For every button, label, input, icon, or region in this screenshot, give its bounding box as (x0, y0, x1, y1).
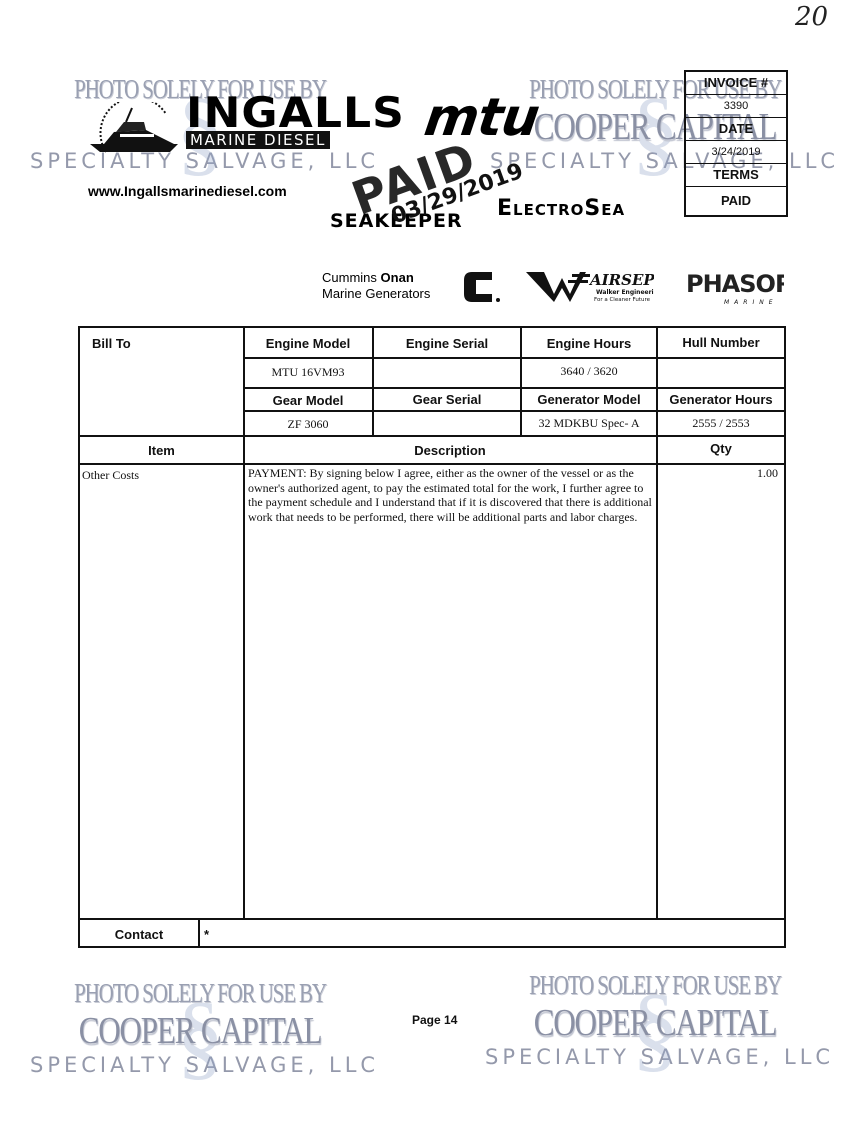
invoice-date: 3/24/2019 (686, 141, 786, 164)
description-column-header: Description (244, 436, 656, 464)
invoice-number-label: INVOICE # (686, 72, 786, 95)
generator-model-label: Generator Model (522, 388, 656, 410)
watermark-bottom-left: § PHOTO SOLELY FOR USE BY COOPER CAPITAL… (30, 978, 370, 1077)
line-item-name: Other Costs (82, 468, 240, 483)
invoice-table: Bill To Engine Model Engine Serial Engin… (78, 326, 786, 948)
cummins-onan-logo: Cummins Onan Marine Generators (322, 270, 430, 302)
engine-hours-label: Engine Hours (522, 328, 656, 358)
handwritten-page-number: 20 (795, 2, 828, 32)
watermark-bottom-right: § PHOTO SOLELY FOR USE BY COOPER CAPITAL… (485, 970, 825, 1069)
gear-model-label: Gear Model (244, 388, 372, 412)
bill-to-value (80, 358, 243, 435)
invoice-info-box: INVOICE # 3390 DATE 3/24/2019 TERMS PAID (684, 70, 788, 217)
gear-model-value: ZF 3060 (244, 412, 372, 436)
hull-number-value (658, 358, 784, 387)
airsep-logo-icon: AIRSEP Walker Engineering For a Cleaner … (524, 268, 654, 304)
invoice-number: 3390 (686, 95, 786, 118)
electrosea-logo: ElectroSea (497, 196, 625, 221)
item-column-header: Item (80, 436, 243, 464)
svg-text:For a Cleaner Future: For a Cleaner Future (594, 297, 651, 303)
gear-serial-label: Gear Serial (374, 388, 520, 410)
svg-text:MARINE: MARINE (724, 299, 778, 306)
contact-label: Contact (80, 920, 198, 948)
svg-text:PHASOR: PHASOR (686, 270, 784, 298)
boat-logo-icon (86, 102, 186, 160)
company-subtitle: MARINE DIESEL (186, 131, 330, 149)
engine-hours-value: 3640 / 3620 (522, 358, 656, 385)
terms-value: PAID (686, 187, 786, 215)
company-name: INGALLS (186, 92, 405, 134)
contact-value: * (204, 920, 604, 948)
engine-serial-label: Engine Serial (374, 328, 520, 358)
bill-to-label: Bill To (92, 328, 242, 358)
page-number: Page 14 (412, 1013, 457, 1027)
engine-serial-value (374, 358, 520, 387)
cummins-c-logo-icon (462, 270, 506, 304)
gear-serial-value (374, 412, 520, 436)
phasor-marine-logo-icon: PHASOR MARINE (684, 270, 784, 306)
generator-hours-label: Generator Hours (658, 388, 784, 410)
engine-model-label: Engine Model (244, 328, 372, 358)
line-item-description: PAYMENT: By signing below I agree, eithe… (248, 466, 653, 524)
company-website: www.Ingallsmarinediesel.com (88, 183, 287, 199)
svg-text:AIRSEP: AIRSEP (588, 271, 654, 289)
date-label: DATE (686, 118, 786, 141)
qty-column-header: Qty (658, 436, 784, 461)
line-item-qty: 1.00 (658, 466, 778, 481)
engine-model-value: MTU 16VM93 (244, 358, 372, 387)
generator-model-value: 32 MDKBU Spec- A (522, 412, 656, 434)
terms-label: TERMS (686, 164, 786, 187)
svg-text:Walker Engineering: Walker Engineering (596, 289, 654, 296)
generator-hours-value: 2555 / 2553 (658, 412, 784, 434)
hull-number-label: Hull Number (658, 328, 784, 356)
